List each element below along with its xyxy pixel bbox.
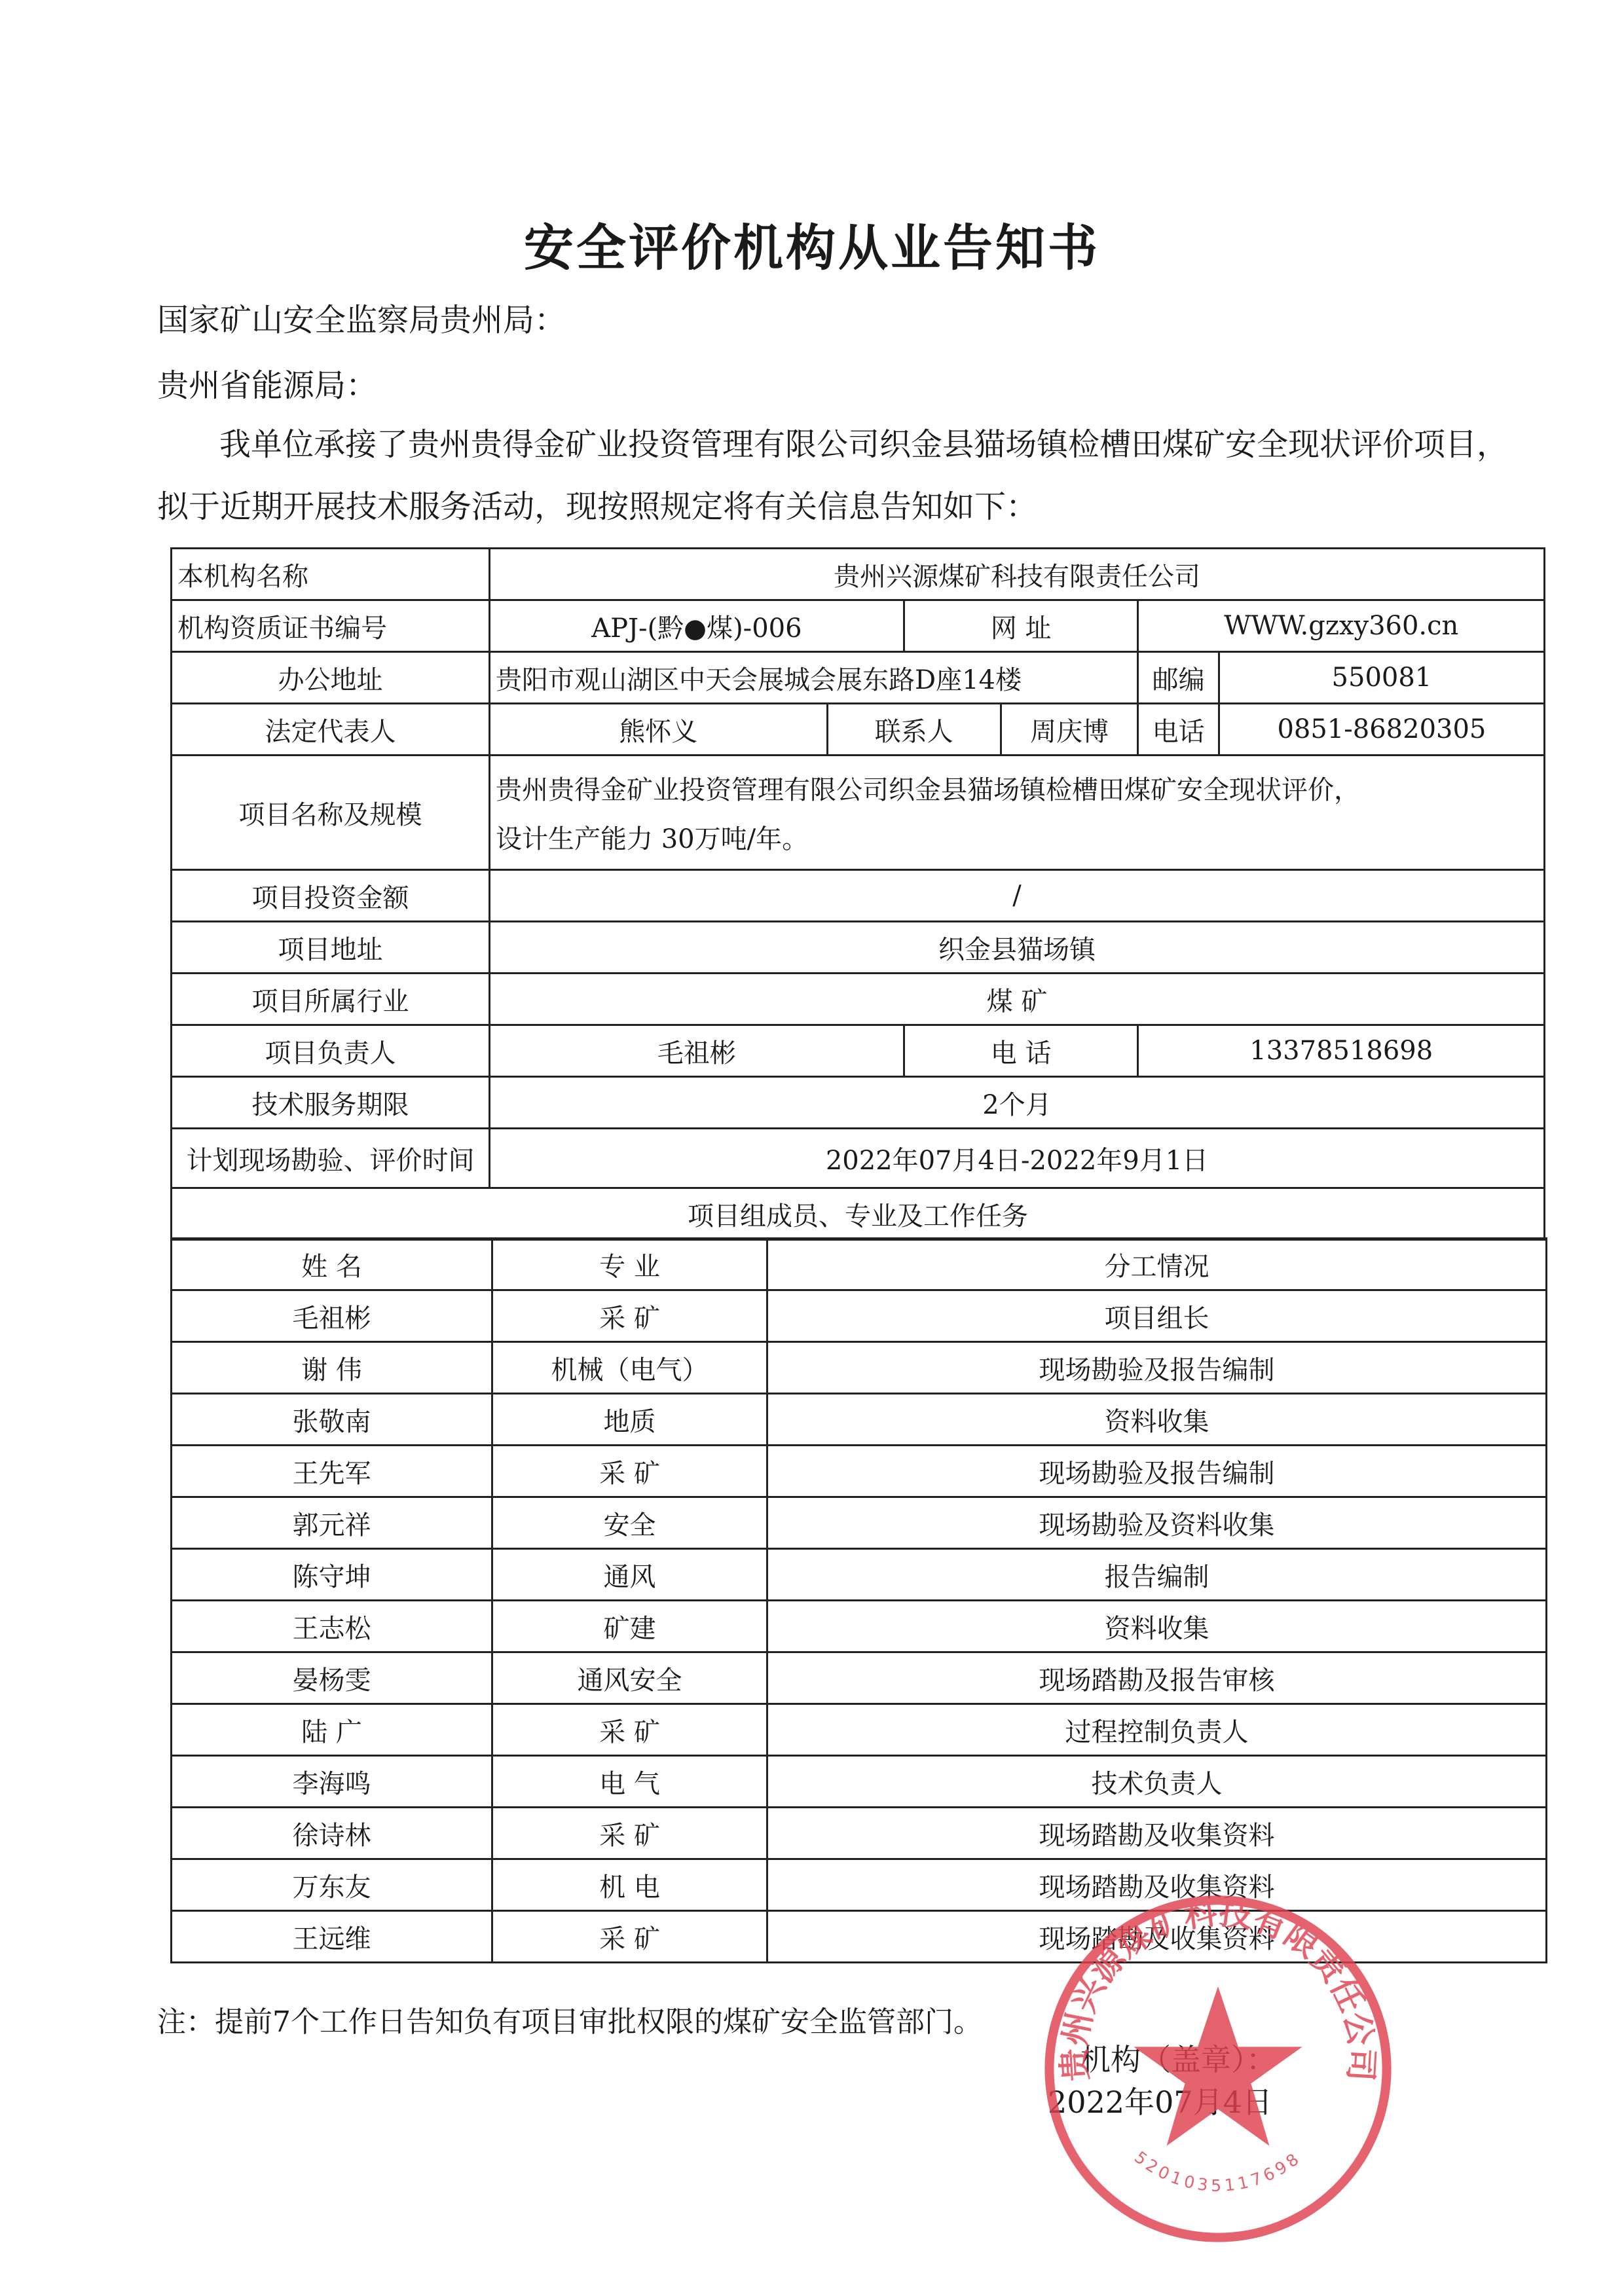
postcode: 550081 xyxy=(1219,652,1544,704)
label: 电 话 xyxy=(904,1025,1138,1077)
member-row: 万东友机 电现场踏勘及收集资料 xyxy=(172,1859,1547,1911)
member-row: 张敬南地质资料收集 xyxy=(172,1394,1547,1446)
row-address: 办公地址 贵阳市观山湖区中天会展城会展东路D座14楼 邮编 550081 xyxy=(172,652,1545,704)
label: 电话 xyxy=(1138,704,1219,756)
member-name: 王志松 xyxy=(172,1601,492,1652)
investment: / xyxy=(490,870,1545,922)
addressee-2: 贵州省能源局： xyxy=(157,360,377,405)
project-lead: 毛祖彬 xyxy=(490,1025,904,1077)
row-cert: 机构资质证书编号 APJ-(黔●煤)-006 网 址 WWW.gzxy360.c… xyxy=(172,600,1545,652)
member-role: 报告编制 xyxy=(767,1549,1547,1601)
label: 本机构名称 xyxy=(172,549,490,600)
row-project-lead: 项目负责人 毛祖彬 电 话 13378518698 xyxy=(172,1025,1545,1077)
label: 网 址 xyxy=(904,600,1138,652)
project-name: 贵州贵得金矿业投资管理有限公司织金县猫场镇检槽田煤矿安全现状评价， 设计生产能力… xyxy=(490,756,1545,870)
label: 联系人 xyxy=(827,704,1001,756)
member-specialty: 采 矿 xyxy=(492,1446,767,1497)
member-name: 李海鸣 xyxy=(172,1756,492,1808)
row-project-name: 项目名称及规模 贵州贵得金矿业投资管理有限公司织金县猫场镇检槽田煤矿安全现状评价… xyxy=(172,756,1545,870)
member-role: 现场勘验及报告编制 xyxy=(767,1342,1547,1394)
row-investment: 项目投资金额 / xyxy=(172,870,1545,922)
member-specialty: 采 矿 xyxy=(492,1911,767,1963)
contact-person: 周庆博 xyxy=(1001,704,1138,756)
member-name: 谢 伟 xyxy=(172,1342,492,1394)
label: 项目投资金额 xyxy=(172,870,490,922)
member-row: 李海鸣电 气技术负责人 xyxy=(172,1756,1547,1808)
label: 项目地址 xyxy=(172,922,490,974)
member-role: 资料收集 xyxy=(767,1394,1547,1446)
document-title: 安全评价机构从业告知书 xyxy=(0,208,1624,280)
member-specialty: 机械（电气） xyxy=(492,1342,767,1394)
member-specialty: 矿建 xyxy=(492,1601,767,1652)
member-row: 郭元祥安全现场勘验及资料收集 xyxy=(172,1497,1547,1549)
members-table: 姓 名 专 业 分工情况 毛祖彬采 矿项目组长谢 伟机械（电气）现场勘验及报告编… xyxy=(170,1237,1547,1963)
label: 技术服务期限 xyxy=(172,1077,490,1129)
header-specialty: 专 业 xyxy=(492,1239,767,1290)
institution-name: 贵州兴源煤矿科技有限责任公司 xyxy=(490,549,1545,600)
member-name: 晏杨雯 xyxy=(172,1652,492,1704)
label: 办公地址 xyxy=(172,652,490,704)
row-schedule: 计划现场勘验、评价时间 2022年07月4日-2022年9月1日 xyxy=(172,1129,1545,1188)
member-name: 毛祖彬 xyxy=(172,1290,492,1342)
member-row: 毛祖彬采 矿项目组长 xyxy=(172,1290,1547,1342)
row-industry: 项目所属行业 煤 矿 xyxy=(172,974,1545,1025)
project-name-line-1: 贵州贵得金矿业投资管理有限公司织金县猫场镇检槽田煤矿安全现状评价， xyxy=(496,769,1538,807)
member-row: 王志松矿建资料收集 xyxy=(172,1601,1547,1652)
notice-table: 本机构名称 贵州兴源煤矿科技有限责任公司 机构资质证书编号 APJ-(黔●煤)-… xyxy=(170,547,1545,1241)
phone: 0851-86820305 xyxy=(1219,704,1544,756)
svg-text:5201035117698: 5201035117698 xyxy=(1131,2147,1305,2195)
row-duration: 技术服务期限 2个月 xyxy=(172,1077,1545,1129)
member-name: 万东友 xyxy=(172,1859,492,1911)
members-header: 姓 名 专 业 分工情况 xyxy=(172,1239,1547,1290)
label: 法定代表人 xyxy=(172,704,490,756)
member-role: 项目组长 xyxy=(767,1290,1547,1342)
member-specialty: 机 电 xyxy=(492,1859,767,1911)
member-name: 王远维 xyxy=(172,1911,492,1963)
addressee-1: 国家矿山安全监察局贵州局： xyxy=(157,295,566,340)
member-specialty: 采 矿 xyxy=(492,1808,767,1859)
member-role: 资料收集 xyxy=(767,1601,1547,1652)
members-section-title: 项目组成员、专业及工作任务 xyxy=(172,1188,1545,1240)
seal-date: 2022年07月4日 xyxy=(1048,2079,1272,2122)
member-specialty: 通风 xyxy=(492,1549,767,1601)
member-role: 现场踏勘及收集资料 xyxy=(767,1808,1547,1859)
member-specialty: 采 矿 xyxy=(492,1290,767,1342)
member-name: 陆 广 xyxy=(172,1704,492,1756)
row-institution-name: 本机构名称 贵州兴源煤矿科技有限责任公司 xyxy=(172,549,1545,600)
header-role: 分工情况 xyxy=(767,1239,1547,1290)
industry: 煤 矿 xyxy=(490,974,1545,1025)
member-name: 郭元祥 xyxy=(172,1497,492,1549)
member-row: 王先军采 矿现场勘验及报告编制 xyxy=(172,1446,1547,1497)
member-row: 陆 广采 矿过程控制负责人 xyxy=(172,1704,1547,1756)
member-name: 王先军 xyxy=(172,1446,492,1497)
member-name: 张敬南 xyxy=(172,1394,492,1446)
row-members-title: 项目组成员、专业及工作任务 xyxy=(172,1188,1545,1240)
footnote: 注：提前7个工作日告知负有项目审批权限的煤矿安全监管部门。 xyxy=(157,1998,982,2040)
header-name: 姓 名 xyxy=(172,1239,492,1290)
member-specialty: 采 矿 xyxy=(492,1704,767,1756)
label: 计划现场勘验、评价时间 xyxy=(172,1129,490,1188)
seal-label: 机构（盖章）： xyxy=(1080,2036,1276,2079)
cert-number: APJ-(黔●煤)-006 xyxy=(490,600,904,652)
intro-line-1: 我单位承接了贵州贵得金矿业投资管理有限公司织金县猫场镇检槽田煤矿安全现状评价项目… xyxy=(219,419,1508,464)
label: 项目负责人 xyxy=(172,1025,490,1077)
row-project-address: 项目地址 织金县猫场镇 xyxy=(172,922,1545,974)
label: 项目名称及规模 xyxy=(172,756,490,870)
office-address: 贵阳市观山湖区中天会展城会展东路D座14楼 xyxy=(490,652,1138,704)
label: 邮编 xyxy=(1138,652,1219,704)
label: 项目所属行业 xyxy=(172,974,490,1025)
duration: 2个月 xyxy=(490,1077,1545,1129)
member-role: 技术负责人 xyxy=(767,1756,1547,1808)
member-specialty: 安全 xyxy=(492,1497,767,1549)
intro-line-2: 拟于近期开展技术服务活动，现按照规定将有关信息告知如下： xyxy=(157,481,1037,526)
member-specialty: 地质 xyxy=(492,1394,767,1446)
member-specialty: 电 气 xyxy=(492,1756,767,1808)
member-role: 现场勘验及资料收集 xyxy=(767,1497,1547,1549)
legal-rep: 熊怀义 xyxy=(490,704,828,756)
member-role: 过程控制负责人 xyxy=(767,1704,1547,1756)
website: WWW.gzxy360.cn xyxy=(1138,600,1545,652)
project-address: 织金县猫场镇 xyxy=(490,922,1545,974)
member-row: 徐诗林采 矿现场踏勘及收集资料 xyxy=(172,1808,1547,1859)
member-role: 现场踏勘及报告审核 xyxy=(767,1652,1547,1704)
member-role: 现场踏勘及收集资料 xyxy=(767,1859,1547,1911)
schedule: 2022年07月4日-2022年9月1日 xyxy=(490,1129,1545,1188)
member-role: 现场勘验及报告编制 xyxy=(767,1446,1547,1497)
project-name-line-2: 设计生产能力 30万吨/年。 xyxy=(496,818,1538,856)
member-specialty: 通风安全 xyxy=(492,1652,767,1704)
member-name: 陈守坤 xyxy=(172,1549,492,1601)
member-role: 现场踏勘及收集资料 xyxy=(767,1911,1547,1963)
member-row: 谢 伟机械（电气）现场勘验及报告编制 xyxy=(172,1342,1547,1394)
label: 机构资质证书编号 xyxy=(172,600,490,652)
row-legal-rep: 法定代表人 熊怀义 联系人 周庆博 电话 0851-86820305 xyxy=(172,704,1545,756)
lead-phone: 13378518698 xyxy=(1138,1025,1545,1077)
member-row: 王远维采 矿现场踏勘及收集资料 xyxy=(172,1911,1547,1963)
member-row: 晏杨雯通风安全现场踏勘及报告审核 xyxy=(172,1652,1547,1704)
member-name: 徐诗林 xyxy=(172,1808,492,1859)
member-row: 陈守坤通风报告编制 xyxy=(172,1549,1547,1601)
